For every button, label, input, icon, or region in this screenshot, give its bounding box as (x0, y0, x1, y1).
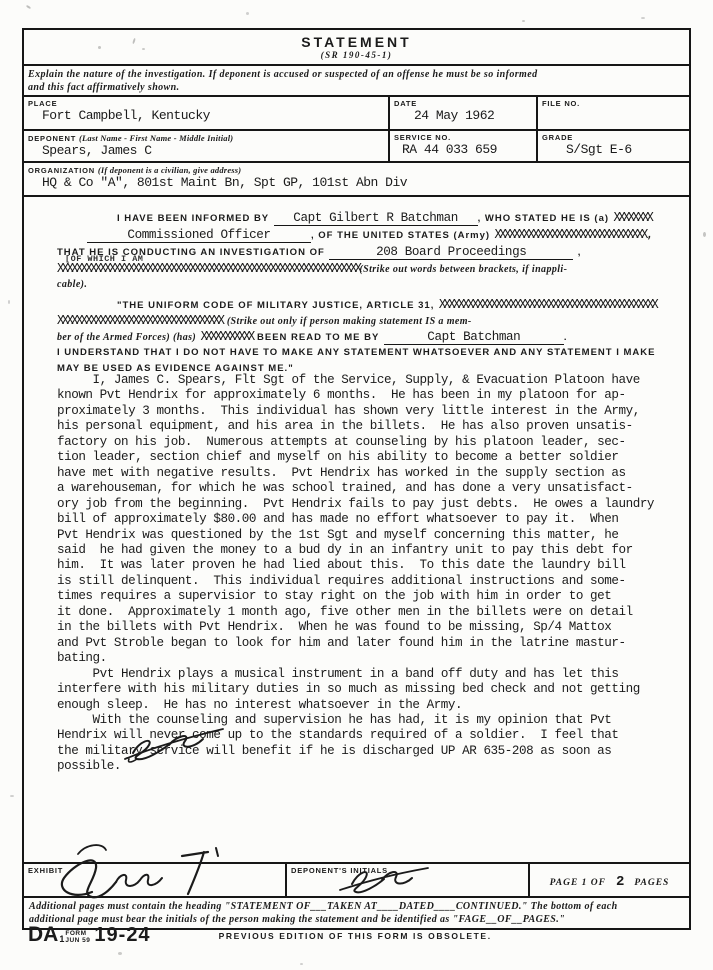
scan-speck (641, 17, 645, 19)
struck-out-text: XXXXXXXXXXXXXXXXXXXXXXXXXXXXXXXXXXXXXXXX… (439, 297, 656, 311)
form-number: 19-24 (94, 926, 150, 945)
service-no-label: SERVICE NO. (390, 131, 536, 142)
page-of-label: PAGE 1 OF (550, 878, 606, 888)
scan-speck (522, 20, 525, 22)
scan-speck (8, 300, 10, 304)
informed-line-4: XXXXXXXXXXXXXXXXXXXXXXXXXXXXXXXXXXXXXXXX… (57, 260, 697, 277)
informed-line-5: cable). (57, 277, 697, 293)
date-label: DATE (390, 97, 536, 108)
form-header: STATEMENT (SR 190-45-1) (24, 30, 689, 66)
deponent-value: Spears, James C (42, 143, 388, 158)
scan-speck (10, 795, 14, 797)
struck-out-text: XXXXXXXXXXXXXXXXXXXXXXXXXXXXXXXXXXX (57, 313, 222, 327)
organization-label-text: ORGANIZATION (28, 166, 95, 175)
grade-label: GRADE (538, 131, 689, 142)
reader-name-blank: Capt Batchman (384, 330, 564, 345)
organization-label: ORGANIZATION (If deponent is a civilian,… (24, 163, 689, 175)
form-identifier-line: DA 1 FORM JUN 59 19-24 PREVIOUS EDITION … (28, 925, 492, 945)
deponent-initials-label: DEPONENT'S INITIALS (287, 864, 528, 875)
scan-speck (26, 5, 31, 10)
informed-by-paragraph: I HAVE BEEN INFORMED BY Capt Gilbert R B… (57, 209, 697, 292)
obsolete-edition-note: PREVIOUS EDITION OF THIS FORM IS OBSOLET… (219, 931, 492, 941)
form-title: STATEMENT (24, 34, 689, 50)
deponent-cell: DEPONENT (Last Name - First Name - Middl… (24, 131, 390, 161)
total-pages-value: 2 (616, 874, 624, 890)
informed-line-2: Commissioned Officer, OF THE UNITED STAT… (87, 226, 697, 243)
informed-seg2: , WHO STATED HE IS (a) (478, 213, 609, 224)
deponent-initials-cell: DEPONENT'S INITIALS (287, 864, 530, 896)
page-count-line: PAGE 1 OF 2 PAGES (530, 874, 689, 890)
form-regulation-reference: (SR 190-45-1) (24, 50, 689, 60)
da-text: DA (28, 925, 58, 945)
scan-speck (118, 952, 122, 955)
deponent-label-note: (Last Name - First Name - Middle Initial… (79, 133, 233, 143)
deponent-label-text: DEPONENT (28, 134, 76, 143)
place-date-file-row: PLACE Fort Campbell, Kentucky DATE 24 Ma… (24, 97, 689, 131)
organization-value: HQ & Co "A", 801st Maint Bn, Spt GP, 101… (42, 175, 689, 190)
informed-seg3: , OF THE UNITED STATES (Army) (311, 230, 490, 241)
scan-speck (300, 963, 303, 965)
pages-label: PAGES (634, 878, 669, 888)
ucmj-seg3: . (564, 332, 568, 343)
ucmj-strike-note-1: (Strike out only if person making statem… (227, 316, 472, 327)
place-value: Fort Campbell, Kentucky (42, 108, 388, 123)
informed-line-3: THAT HE IS CONDUCTING AN INVESTIGATION O… (57, 243, 697, 260)
struck-out-text: XXXXXXXXXXXXXXXXXXXXXXXXXXXXXXXX, (495, 227, 651, 241)
scan-speck (703, 232, 706, 237)
organization-label-note: (If deponent is a civilian, give address… (98, 165, 241, 175)
struck-out-overlay-text: [OF WHICH I AM (65, 254, 143, 264)
grade-value: S/Sgt E-6 (566, 142, 689, 157)
date-cell: DATE 24 May 1962 (390, 97, 538, 129)
service-no-value: RA 44 033 659 (402, 142, 536, 157)
struck-out-text: XXXXXXXXXXX (201, 329, 253, 343)
ucmj-strike-note-2: ber of the Armed Forces) (has) (57, 332, 196, 343)
strike-out-note: (Strike out words between brackets, if i… (359, 264, 567, 275)
informing-officer-name: Capt Gilbert R Batchman (274, 211, 478, 226)
exhibit-label: EXHIBIT (24, 864, 285, 875)
form-date-day: 1 (59, 934, 64, 944)
form-edition-stack: FORM JUN 59 (65, 930, 90, 944)
grade-cell: GRADE S/Sgt E-6 (538, 131, 689, 161)
investigation-subject-blank: 208 Board Proceedings (329, 245, 573, 260)
typed-statement-text: I, James C. Spears, Flt Sgt of the Servi… (57, 373, 705, 775)
page-count-cell: PAGE 1 OF 2 PAGES (530, 864, 689, 896)
ucmj-line-3: ber of the Armed Forces) (has) XXXXXXXXX… (57, 328, 697, 345)
ucmj-seg1: "THE UNIFORM CODE OF MILITARY JUSTICE, A… (117, 300, 434, 311)
deponent-service-grade-row: DEPONENT (Last Name - First Name - Middl… (24, 131, 689, 163)
date-value: 24 May 1962 (414, 108, 536, 123)
ucmj-line-2: XXXXXXXXXXXXXXXXXXXXXXXXXXXXXXXXXXX (Str… (57, 312, 697, 329)
informed-seg1: I HAVE BEEN INFORMED BY (117, 213, 269, 224)
investigation-instruction: Explain the nature of the investigation.… (24, 66, 689, 97)
scan-speck (246, 12, 249, 15)
officer-status-blank: Commissioned Officer (87, 228, 311, 243)
exhibit-cell: EXHIBIT (24, 864, 287, 896)
exhibit-row: EXHIBIT DEPONENT'S INITIALS PAGE 1 OF 2 … (24, 864, 689, 898)
statement-body: I HAVE BEEN INFORMED BY Capt Gilbert R B… (24, 197, 689, 864)
place-cell: PLACE Fort Campbell, Kentucky (24, 97, 390, 129)
informed-seg5: , (578, 247, 582, 258)
service-no-cell: SERVICE NO. RA 44 033 659 (390, 131, 538, 161)
struck-out-bracket-phrase: XXXXXXXXXXXXXXXXXXXXXXXXXXXXXXXXXXXXXXXX… (57, 260, 359, 276)
deponent-label: DEPONENT (Last Name - First Name - Middl… (24, 131, 388, 143)
informed-line-1: I HAVE BEEN INFORMED BY Capt Gilbert R B… (117, 209, 697, 226)
form-word: FORM (65, 930, 90, 937)
place-label: PLACE (24, 97, 388, 108)
da-form-19-24: STATEMENT (SR 190-45-1) Explain the natu… (22, 28, 691, 930)
struck-out-text: XXXXXXXX (613, 210, 651, 224)
ucmj-line-4: I UNDERSTAND THAT I DO NOT HAVE TO MAKE … (57, 345, 697, 361)
file-no-label: FILE NO. (538, 97, 689, 108)
ucmj-seg2: BEEN READ TO ME BY (257, 332, 379, 343)
ucmj-line-1: "THE UNIFORM CODE OF MILITARY JUSTICE, A… (117, 296, 697, 312)
scanned-statement-page: STATEMENT (SR 190-45-1) Explain the natu… (0, 0, 713, 970)
organization-row: ORGANIZATION (If deponent is a civilian,… (24, 163, 689, 197)
file-no-cell: FILE NO. (538, 97, 689, 129)
ucmj-paragraph: "THE UNIFORM CODE OF MILITARY JUSTICE, A… (57, 296, 697, 377)
form-date: JUN 59 (65, 937, 90, 944)
